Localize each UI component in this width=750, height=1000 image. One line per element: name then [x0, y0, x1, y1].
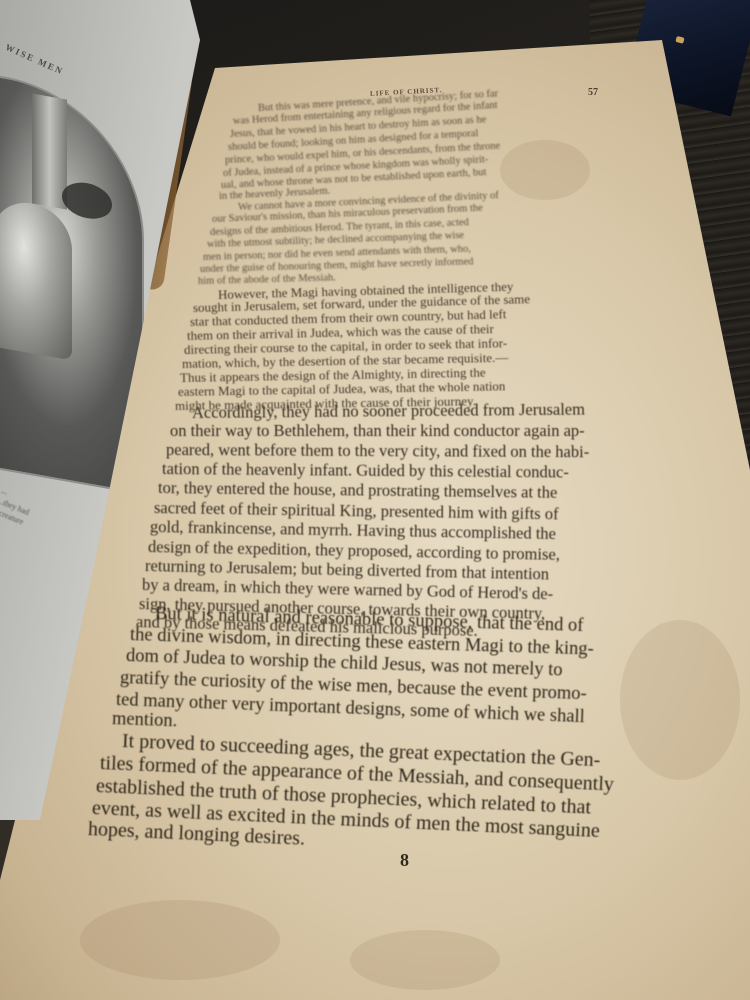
engraved-figure — [0, 196, 72, 360]
plate-caption: ... ...they had ...creature — [0, 485, 35, 528]
text-line: mention. — [112, 709, 178, 732]
page-number: 57 — [588, 87, 598, 98]
plate-header: WISE MEN — [4, 42, 65, 77]
text-line: Accordingly, they had no sooner proceede… — [192, 400, 585, 423]
signature-mark: 8 — [400, 850, 409, 871]
text-line: on their way to Bethlehem, than their ki… — [170, 421, 585, 441]
engraved-foliage — [62, 179, 112, 223]
